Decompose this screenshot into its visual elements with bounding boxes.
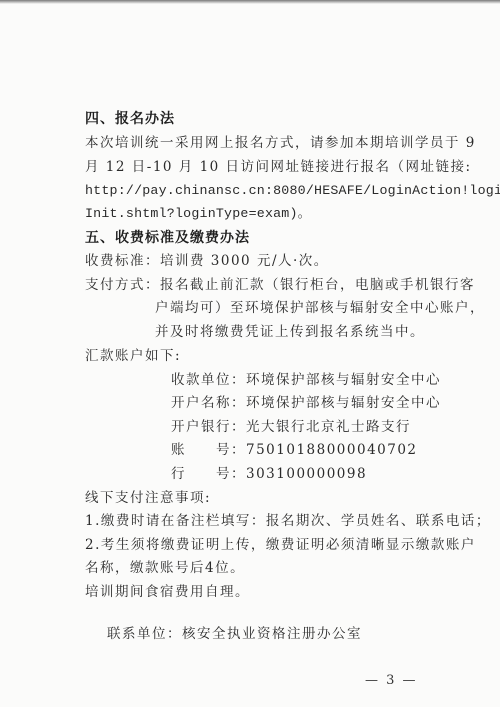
- contact-unit: 联系单位：核安全执业资格注册办公室: [107, 625, 362, 643]
- scan-edge-shadow: [0, 0, 500, 4]
- account-bank: 开户银行：光大银行北京礼士路支行: [171, 418, 411, 436]
- page-number: — 3 —: [365, 673, 418, 688]
- account-intro: 汇款账户如下:: [85, 347, 181, 365]
- section-4-heading: 四、报名办法: [85, 110, 175, 128]
- lodging-note: 培训期间食宿费用自理。: [85, 583, 250, 601]
- payment-method-cont: 并及时将缴费凭证上传到报名系统当中。: [155, 323, 425, 341]
- section-4-line: 本次培训统一采用网上报名方式，请参加本期培训学员于 9: [85, 134, 476, 152]
- section-5-heading: 五、收费标准及缴费办法: [85, 229, 250, 247]
- registration-url: http://pay.chinansc.cn:8080/HESAFE/Login…: [85, 182, 500, 200]
- section-4-line: 月 12 日-10 月 10 日访问网址链接进行报名（网址链接:: [85, 158, 472, 176]
- note-item-cont: 名称，缴款账号后4位。: [85, 559, 245, 577]
- account-payee: 收款单位：环境保护部核与辐射安全中心: [171, 371, 441, 389]
- note-item: 2.考生须将缴费证明上传，缴费证明必须清晰显示缴款账户: [85, 536, 476, 554]
- account-number: 账 号：75010188000040702: [171, 441, 418, 459]
- payment-method: 支付方式：报名截止前汇款（银行柜台，电脑或手机银行客: [85, 276, 475, 294]
- registration-url-cont: Init.shtml?loginType=exam)。: [85, 205, 311, 223]
- bank-number: 行 号：303100000098: [171, 465, 367, 483]
- offline-notes-title: 线下支付注意事项:: [85, 489, 211, 507]
- payment-method-cont: 户端均可）至环境保护部核与辐射安全中心账户，: [155, 299, 485, 317]
- fee-standard: 收费标准：培训费 3000 元/人·次。: [85, 252, 329, 270]
- note-item: 1.缴费时请在备注栏填写：报名期次、学员姓名、联系电话；: [85, 512, 491, 530]
- account-name: 开户名称：环境保护部核与辐射安全中心: [171, 394, 441, 412]
